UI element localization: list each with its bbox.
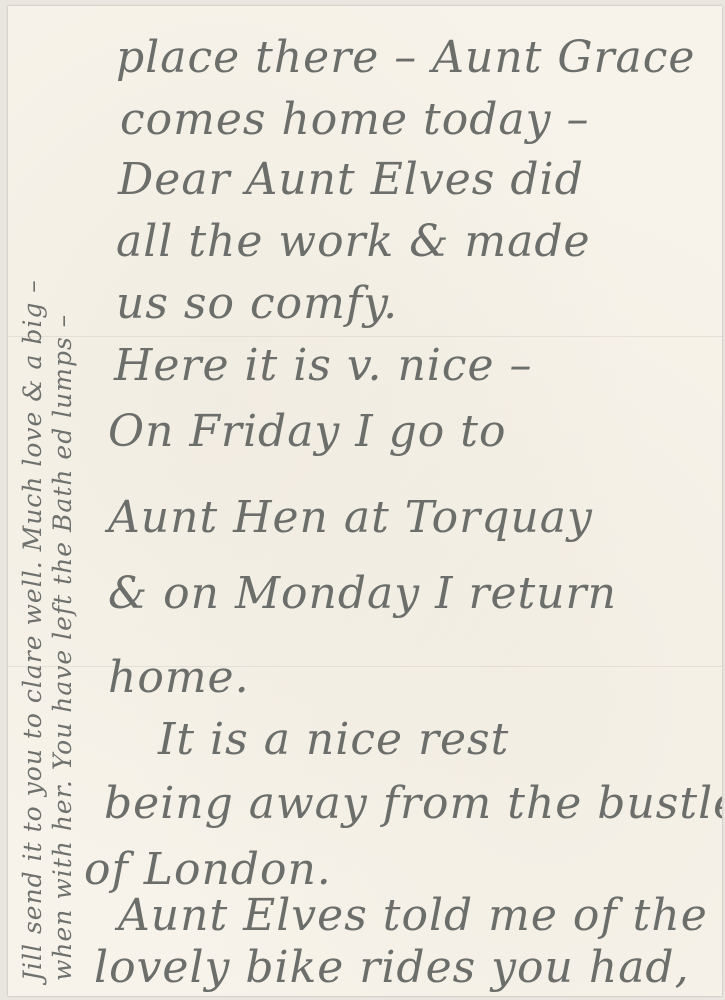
paper-fold-line <box>8 336 722 337</box>
margin-note-line-1: Jill send it to you to clare well. Much … <box>20 279 45 981</box>
margin-note-line-2: when with her. You have left the Bath ed… <box>50 314 75 981</box>
body-line-2: comes home today – <box>120 98 589 142</box>
body-line-11: It is a nice rest <box>158 718 509 762</box>
body-line-13: of London. <box>84 848 332 892</box>
body-line-10: home. <box>108 656 250 700</box>
body-line-9: & on Monday I return <box>108 572 617 616</box>
body-line-4: all the work & made <box>116 220 591 264</box>
body-line-7: On Friday I go to <box>108 410 506 454</box>
body-line-6: Here it is v. nice – <box>114 344 533 388</box>
body-line-5: us so comfy. <box>116 282 398 326</box>
letter-page: place there – Aunt Grace comes home toda… <box>8 6 722 996</box>
body-line-3: Dear Aunt Elves did <box>118 158 584 202</box>
body-line-12: being away from the bustle <box>104 782 722 826</box>
body-line-8: Aunt Hen at Torquay <box>108 496 593 540</box>
body-line-1: place there – Aunt Grace <box>116 36 695 80</box>
body-line-15: lovely bike rides you had, <box>94 946 690 990</box>
body-line-14: Aunt Elves told me of the <box>118 894 708 938</box>
